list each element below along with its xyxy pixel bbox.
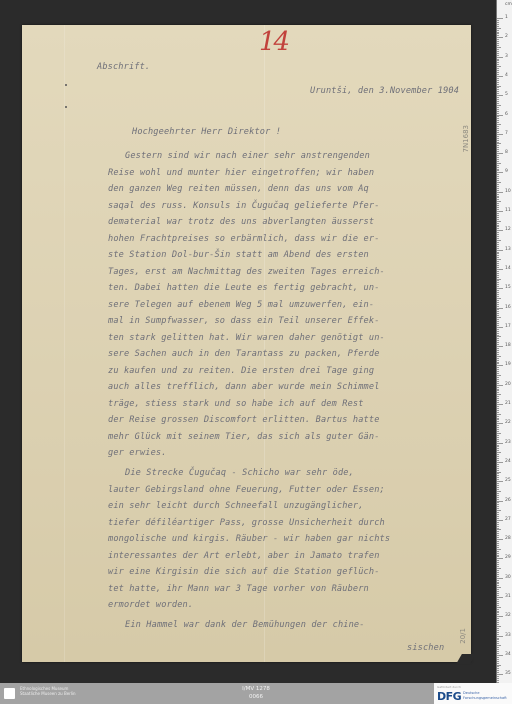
ruler-minor-tick (497, 261, 499, 262)
archive-number-annotation: 7N1683 (462, 125, 470, 153)
ruler-minor-tick (497, 248, 499, 249)
ruler-label: 17 (505, 324, 511, 329)
ruler-minor-tick (497, 611, 499, 612)
ruler-minor-tick (497, 528, 499, 529)
ruler-minor-tick (497, 487, 499, 488)
ruler-minor-tick (497, 352, 499, 353)
ruler-minor-tick (497, 377, 499, 378)
ruler-minor-tick (497, 553, 499, 554)
ruler-minor-tick (497, 282, 499, 283)
ruler-minor-tick (497, 302, 499, 303)
ruler-minor-tick (497, 518, 499, 519)
ruler-minor-tick (497, 383, 499, 384)
ruler-label: 35 (505, 671, 511, 676)
ruler-tick (497, 385, 503, 386)
ruler-minor-tick (497, 510, 501, 511)
ruler-minor-tick (497, 398, 499, 399)
body-line: ten. Dabei hatten die Leute es fertig ge… (108, 283, 380, 293)
ruler-minor-tick (497, 435, 499, 436)
ruler-tick (497, 674, 503, 675)
ruler-minor-tick (497, 28, 501, 29)
ruler-tick (497, 520, 503, 521)
body-line: mehr Glück mit seinem Tier, das sich als… (108, 432, 380, 442)
ruler-minor-tick (497, 543, 499, 544)
ruler-minor-tick (497, 105, 501, 106)
ruler-minor-tick (497, 661, 499, 662)
ruler-label: 18 (505, 343, 511, 348)
ruler-minor-tick (497, 186, 499, 187)
ruler-minor-tick (497, 180, 499, 181)
ruler-minor-tick (497, 475, 499, 476)
ruler-minor-tick (497, 142, 499, 143)
ruler-minor-tick (497, 99, 499, 100)
ruler-minor-tick (497, 651, 499, 652)
ruler-minor-tick (497, 280, 499, 281)
ruler-minor-tick (497, 329, 499, 330)
ruler-minor-tick (497, 286, 499, 287)
funder-name-line: Forschungsgemeinschaft (463, 696, 507, 701)
ruler-minor-tick (497, 311, 499, 312)
ruler-minor-tick (497, 228, 499, 229)
ruler-tick (497, 37, 503, 38)
ruler-minor-tick (497, 358, 499, 359)
body-line: träge, stiess stark und so habe ich auf … (108, 399, 364, 409)
body-line: tiefer défiléartiger Pass, grosse Unsich… (108, 518, 385, 528)
ruler-minor-tick (497, 236, 499, 237)
body-line: wir eine Kirgisin die sich auf die Stati… (108, 567, 380, 577)
ruler-minor-tick (497, 362, 499, 363)
ruler-minor-tick (497, 147, 499, 148)
ruler-label: 10 (505, 189, 511, 194)
ruler-label: 9 (505, 169, 508, 174)
ruler-minor-tick (497, 583, 499, 584)
ruler-minor-tick (497, 595, 499, 596)
ruler-minor-tick (497, 80, 499, 81)
ruler-minor-tick (497, 609, 499, 610)
body-line: ten stark gelitten hat. Wir waren daher … (108, 333, 385, 343)
ruler-minor-tick (497, 460, 499, 461)
ruler-minor-tick (497, 279, 501, 280)
ruler-minor-tick (497, 535, 499, 536)
ruler-minor-tick (497, 149, 499, 150)
ruler-label: 29 (505, 555, 511, 560)
ruler-minor-tick (497, 665, 501, 666)
body-line: tet hatte, ihr Mann war 3 Tage vorher vo… (108, 584, 369, 594)
ruler-label: 2 (505, 34, 508, 39)
ruler-label: 14 (505, 266, 511, 271)
ruler-minor-tick (497, 421, 499, 422)
measurement-ruler: cm 1234567891011121314151617181920212223… (496, 0, 512, 683)
ruler-minor-tick (497, 464, 499, 465)
ruler-minor-tick (497, 267, 499, 268)
body-line: sere Telegen auf ebenem Weg 5 mal umzuwe… (108, 300, 374, 310)
ruler-minor-tick (497, 479, 499, 480)
ruler-minor-tick (497, 213, 499, 214)
body-line: Reise wohl und munter hier eingetroffen;… (108, 168, 374, 178)
ruler-minor-tick (497, 649, 499, 650)
ruler-minor-tick (497, 672, 499, 673)
ruler-minor-tick (497, 333, 499, 334)
ruler-label: 32 (505, 613, 511, 618)
ruler-minor-tick (497, 412, 499, 413)
ruler-minor-tick (497, 587, 501, 588)
paper-fold-line (64, 25, 65, 662)
ruler-minor-tick (497, 111, 499, 112)
ruler-minor-tick (497, 429, 499, 430)
body-line: ger erwies. (108, 448, 167, 458)
ruler-minor-tick (497, 317, 501, 318)
ruler-minor-tick (497, 60, 499, 61)
pencil-annotation: 20/1 (459, 628, 467, 644)
ruler-minor-tick (497, 555, 499, 556)
ruler-label: 8 (505, 150, 508, 155)
ruler-tick (497, 95, 503, 96)
ruler-minor-tick (497, 564, 499, 565)
ruler-minor-tick (497, 74, 499, 75)
ruler-minor-tick (497, 109, 499, 110)
ruler-tick (497, 57, 503, 58)
ruler-minor-tick (497, 375, 501, 376)
ruler-label: 12 (505, 227, 511, 232)
ruler-label: 28 (505, 536, 511, 541)
ruler-minor-tick (497, 194, 499, 195)
ruler-minor-tick (497, 197, 499, 198)
ruler-minor-tick (497, 418, 499, 419)
ruler-tick (497, 365, 503, 366)
ruler-minor-tick (497, 514, 499, 515)
ruler-minor-tick (497, 97, 499, 98)
ruler-minor-tick (497, 348, 499, 349)
ruler-minor-tick (497, 240, 501, 241)
ruler-minor-tick (497, 641, 499, 642)
ruler-minor-tick (497, 215, 499, 216)
ruler-minor-tick (497, 371, 499, 372)
ruler-minor-tick (497, 188, 499, 189)
ruler-minor-tick (497, 614, 499, 615)
ruler-minor-tick (497, 238, 499, 239)
ruler-minor-tick (497, 178, 499, 179)
ruler-minor-tick (497, 143, 501, 144)
ruler-minor-tick (497, 620, 499, 621)
copy-label: Abschrift. (97, 62, 150, 72)
ruler-minor-tick (497, 300, 499, 301)
ruler-minor-tick (497, 78, 499, 79)
ruler-minor-tick (497, 296, 499, 297)
ruler-minor-tick (497, 91, 499, 92)
body-line: Gestern sind wir nach einer sehr anstren… (125, 151, 370, 161)
ruler-minor-tick (497, 290, 499, 291)
ruler-minor-tick (497, 304, 499, 305)
ruler-minor-tick (497, 252, 499, 253)
ruler-minor-tick (497, 219, 499, 220)
ruler-minor-tick (497, 20, 499, 21)
ruler-minor-tick (497, 489, 499, 490)
ruler-minor-tick (497, 277, 499, 278)
ruler-label: 20 (505, 382, 511, 387)
ruler-minor-tick (497, 22, 499, 23)
ruler-minor-tick (497, 541, 499, 542)
ruler-minor-tick (497, 342, 499, 343)
ruler-minor-tick (497, 493, 499, 494)
ruler-minor-tick (497, 68, 499, 69)
ruler-minor-tick (497, 551, 499, 552)
funder-label: Gefördert durch (437, 685, 461, 689)
ruler-minor-tick (497, 456, 499, 457)
ruler-minor-tick (497, 354, 499, 355)
ruler-minor-tick (497, 167, 499, 168)
ruler-minor-tick (497, 666, 499, 667)
ruler-minor-tick (497, 45, 499, 46)
ruler-minor-tick (497, 624, 499, 625)
ruler-tick (497, 172, 503, 173)
ruler-label: 1 (505, 15, 508, 20)
body-line: saqal des russ. Konsuls in Čugučaq gelie… (108, 201, 380, 211)
ruler-minor-tick (497, 410, 499, 411)
ruler-minor-tick (497, 159, 499, 160)
ruler-minor-tick (497, 306, 499, 307)
ruler-minor-tick (497, 497, 499, 498)
ruler-minor-tick (497, 253, 499, 254)
ruler-minor-tick (497, 468, 499, 469)
ruler-minor-tick (497, 499, 499, 500)
ruler-minor-tick (497, 477, 499, 478)
ruler-minor-tick (497, 556, 499, 557)
ruler-tick (497, 539, 503, 540)
ruler-label: 11 (505, 208, 511, 213)
ruler-minor-tick (497, 591, 499, 592)
ruler-minor-tick (497, 425, 499, 426)
body-line: ste Station Dol-bur-Šin statt am Abend d… (108, 250, 369, 260)
ruler-minor-tick (497, 298, 501, 299)
ruler-minor-tick (497, 612, 499, 613)
ruler-minor-tick (497, 340, 499, 341)
ruler-label: 30 (505, 575, 511, 580)
ruler-minor-tick (497, 130, 499, 131)
ruler-minor-tick (497, 483, 499, 484)
ruler-tick (497, 423, 503, 424)
ruler-minor-tick (497, 653, 499, 654)
ruler-minor-tick (497, 562, 499, 563)
body-line: hohen Frachtpreises so erbärmlich, dass … (108, 234, 380, 244)
ruler-label: 5 (505, 92, 508, 97)
ruler-tick (497, 153, 503, 154)
ruler-minor-tick (497, 603, 499, 604)
ruler-minor-tick (497, 414, 501, 415)
body-line: der Reise grossen Discomfort erlitten. B… (108, 415, 380, 425)
ruler-minor-tick (497, 437, 499, 438)
ruler-minor-tick (497, 522, 499, 523)
ruler-minor-tick (497, 622, 499, 623)
ruler-minor-tick (497, 593, 499, 594)
ruler-minor-tick (497, 203, 499, 204)
ruler-minor-tick (497, 132, 499, 133)
ruler-minor-tick (497, 576, 499, 577)
ruler-tick (497, 250, 503, 251)
ruler-minor-tick (497, 126, 499, 127)
ruler-minor-tick (497, 416, 499, 417)
body-line: sere Sachen auch in den Tarantass zu pac… (108, 349, 380, 359)
ruler-minor-tick (497, 570, 499, 571)
ruler-minor-tick (497, 387, 499, 388)
ruler-minor-tick (497, 560, 499, 561)
ruler-minor-tick (497, 176, 499, 177)
ruler-minor-tick (497, 618, 499, 619)
ruler-minor-tick (497, 427, 499, 428)
ruler-minor-tick (497, 53, 499, 54)
ruler-minor-tick (497, 549, 501, 550)
ruler-minor-tick (497, 217, 499, 218)
ruler-minor-tick (497, 585, 499, 586)
ruler-label: 23 (505, 440, 511, 445)
ruler-minor-tick (497, 89, 499, 90)
ruler-label: 25 (505, 478, 511, 483)
ruler-minor-tick (497, 255, 499, 256)
ruler-minor-tick (497, 445, 499, 446)
ruler-minor-tick (497, 363, 499, 364)
ruler-minor-tick (497, 431, 499, 432)
ruler-minor-tick (497, 161, 499, 162)
ruler-label: 34 (505, 652, 511, 657)
ruler-minor-tick (497, 394, 501, 395)
ruler-tick (497, 327, 503, 328)
ruler-minor-tick (497, 246, 499, 247)
body-line: mal in Sumpfwasser, so dass ein Teil uns… (108, 316, 380, 326)
ruler-minor-tick (497, 242, 499, 243)
body-line: zu kaufen und zu reiten. Die ersten drei… (108, 366, 374, 376)
ruler-label: 15 (505, 285, 511, 290)
ruler-minor-tick (497, 315, 499, 316)
ruler-tick (497, 346, 503, 347)
ruler-minor-tick (497, 589, 499, 590)
ruler-minor-tick (497, 26, 499, 27)
ruler-minor-tick (497, 64, 499, 65)
ruler-minor-tick (497, 47, 501, 48)
body-line: den ganzen Weg reiten müssen, denn das u… (108, 184, 369, 194)
ruler-minor-tick (497, 466, 499, 467)
ruler-minor-tick (497, 369, 499, 370)
ruler-tick (497, 655, 503, 656)
ruler-label: 27 (505, 517, 511, 522)
ruler-minor-tick (497, 199, 499, 200)
ruler-label: 22 (505, 420, 511, 425)
body-line: interessantes der Art erlebt, aber in Ja… (108, 551, 380, 561)
body-line: dematerial war trotz des uns abverlangte… (108, 217, 374, 227)
ruler-minor-tick (497, 526, 499, 527)
ruler-minor-tick (497, 292, 499, 293)
ruler-minor-tick (497, 574, 499, 575)
ruler-minor-tick (497, 360, 499, 361)
body-line: auch alles trefflich, dann aber wurde me… (108, 382, 380, 392)
ruler-minor-tick (497, 524, 499, 525)
ruler-tick (497, 481, 503, 482)
ruler-minor-tick (497, 458, 499, 459)
ruler-minor-tick (497, 381, 499, 382)
ruler-minor-tick (497, 502, 499, 503)
ruler-minor-tick (497, 124, 501, 125)
ruler-minor-tick (497, 473, 499, 474)
ruler-minor-tick (497, 128, 499, 129)
ruler-minor-tick (497, 516, 499, 517)
ruler-label: 26 (505, 498, 511, 503)
ruler-minor-tick (497, 506, 499, 507)
ruler-tick (497, 211, 503, 212)
ruler-minor-tick (497, 184, 499, 185)
ruler-minor-tick (497, 566, 499, 567)
ruler-minor-tick (497, 118, 499, 119)
ruler-minor-tick (497, 408, 499, 409)
ruler-minor-tick (497, 163, 501, 164)
ruler-minor-tick (497, 647, 499, 648)
ruler-minor-tick (497, 450, 499, 451)
ruler-minor-tick (497, 630, 499, 631)
ruler-minor-tick (497, 145, 499, 146)
ruler-minor-tick (497, 155, 499, 156)
ruler-minor-tick (497, 533, 499, 534)
ruler-minor-tick (497, 136, 499, 137)
body-line: Die Strecke Čugučaq - Schicho war sehr ö… (125, 468, 354, 478)
ruler-unit: cm (505, 2, 512, 7)
ruler-minor-tick (497, 472, 501, 473)
ruler-minor-tick (497, 66, 501, 67)
ruler-minor-tick (497, 39, 499, 40)
ruler-minor-tick (497, 643, 499, 644)
ruler-label: 31 (505, 594, 511, 599)
ruler-minor-tick (497, 531, 499, 532)
ruler-minor-tick (497, 103, 499, 104)
body-line: ein sehr leicht durch Schneefall unzugän… (108, 501, 364, 511)
ruler-minor-tick (497, 313, 499, 314)
ruler-minor-tick (497, 441, 499, 442)
ruler-minor-tick (497, 122, 499, 123)
ruler-minor-tick (497, 367, 499, 368)
ruler-tick (497, 616, 503, 617)
ruler-minor-tick (497, 62, 499, 63)
ruler-minor-tick (497, 470, 499, 471)
ruler-minor-tick (497, 35, 499, 36)
ruler-minor-tick (497, 626, 501, 627)
ruler-minor-tick (497, 32, 499, 33)
ruler-minor-tick (497, 275, 499, 276)
ruler-minor-tick (497, 545, 499, 546)
body-line: Ein Hammel war dank der Bemühungen der c… (125, 620, 365, 630)
ruler-minor-tick (497, 668, 499, 669)
body-line: lauter Gebirgsland ohne Feuerung, Futter… (108, 485, 385, 495)
ruler-minor-tick (497, 55, 499, 56)
funder-name: Deutsche Forschungsgemeinschaft (463, 691, 507, 700)
ruler-minor-tick (497, 263, 499, 264)
ruler-minor-tick (497, 259, 501, 260)
ruler-tick (497, 597, 503, 598)
ruler-minor-tick (497, 350, 499, 351)
ruler-minor-tick (497, 392, 499, 393)
ruler-minor-tick (497, 284, 499, 285)
ruler-minor-tick (497, 70, 499, 71)
place-date: Uruntši, den 3.November 1904 (310, 86, 459, 96)
ruler-minor-tick (497, 439, 499, 440)
ruler-minor-tick (497, 678, 499, 679)
ruler-minor-tick (497, 645, 501, 646)
ruler-minor-tick (497, 419, 499, 420)
ruler-tick (497, 134, 503, 135)
ruler-minor-tick (497, 24, 499, 25)
ruler-label: 4 (505, 73, 508, 78)
ruler-tick (497, 501, 503, 502)
ruler-minor-tick (497, 379, 499, 380)
ruler-minor-tick (497, 657, 499, 658)
ruler-minor-tick (497, 529, 501, 530)
ruler-minor-tick (497, 170, 499, 171)
ruler-tick (497, 230, 503, 231)
